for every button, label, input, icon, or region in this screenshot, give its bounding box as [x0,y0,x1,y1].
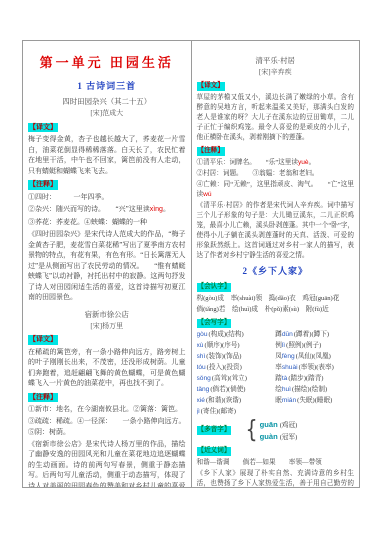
poem3-author: [宋]辛弃疾 [197,67,355,78]
xiezi-words: (寄住)(邮寄) [201,408,236,415]
words-to-recognize-label: 【会认字】 [197,283,232,292]
polyphone-label: 【多音字】 [197,426,232,435]
note-text: ②杂兴：随兴而写的诗。 “兴”这里读 [28,205,150,213]
xiezi-row: sǒng(高耸)(耸立)踏tà(踏步)(踏青) [197,374,355,384]
xiezi-pinyin: xù [197,342,204,349]
left-column: 第一单元 田园生活 1 古诗词三首 四时田园杂兴（其二十五） [宋]范成大 【译… [23,41,192,487]
xiezi-entry: tǎng(倘若)(倘使) [197,385,276,395]
lesson2-summary: 《乡下人家》展现了朴实自然、充满诗意的乡村生活，也赞扬了乡下人家热爱生活，善于用… [197,469,355,487]
note-pinyin: wú [203,191,211,198]
poem1-author: [宋]范成大 [28,108,186,119]
xiezi-words: (踏步)(踏青) [288,375,323,382]
poem1-note: ③荞花：荞麦花。④蛱蝶：蝴蝶的一种 [28,217,186,229]
xiezi-row: tǎng(倘若)(倘使)绘huì(描绘)(绘制) [197,385,355,395]
note-text: ①清平乐：词牌名。 “乐”这里读 [197,159,298,166]
xiezi-entry: gòu(构成)(结构) [197,330,276,340]
renzi-label-row: 【会认字】 [197,282,355,292]
jinyici-label-row: 【近义词】 [197,446,355,456]
poem1-translation: 梅子变得金黄，杏子也越长越大了，荞麦花一片雪白，油菜花倒显得稀稀落落。白天长了，… [28,134,186,176]
poem1-note: ①四时： 一年四季。 [28,192,186,204]
note-pinyin: xìng [150,206,163,213]
poem2-translation-label-row: 【译文】 [28,334,186,345]
xiezi-pinyin: fèng [282,353,295,360]
note-text: ④亡赖：同“无赖”，这里指顽皮、淘气。 “亡”这里读 [197,181,355,198]
synonyms-label: 【近义词】 [197,447,232,456]
note-pinyin: yuè [298,159,309,166]
xiezi-words: (构成)(结构) [209,331,244,338]
xiezi-pinyin: mián [282,397,296,404]
xiezi-entry: 绘huì(描绘)(绘制) [275,385,354,395]
xiezi-words: (投入)(投资) [207,364,242,371]
xiezi-row: xù(顺序)(序号)例lì(照例)(例子) [197,341,355,351]
xiezi-entry: 踏tà(踏步)(踏青) [275,374,354,384]
notes-label: 【注释】 [28,180,58,189]
xiezi-pinyin: shì [197,353,206,360]
xiezi-pinyin: jì [197,408,200,415]
xiezi-entry: 凤fèng(凤仙)(凤凰) [275,352,354,362]
polyphone-entry: guàn(冠军) [260,431,298,443]
poem3-translation-label-row: 【译文】 [197,81,355,91]
poem1-note: ②杂兴：随兴而写的诗。 “兴”这里读xìng。 [28,204,186,216]
page: { "unit": { "title": "第一单元 田园生活", "lesso… [0,0,382,540]
study-sheet: 第一单元 田园生活 1 古诗词三首 四时田园杂兴（其二十五） [宋]范成大 【译… [22,40,360,488]
xiezi-row: jì(寄住)(邮寄) [197,407,355,417]
note-text: ②村居：词题。 ③翁媪：老翁和老妇。 [197,170,319,177]
polyphone-pinyin: guān [260,420,278,429]
lesson2-title: 2《乡下人家》 [197,265,355,279]
xiezi-words: (和谐)(诙谐) [206,397,241,404]
poem3-notes-label-row: 【注释】 [197,146,355,156]
xiezi-row: xié(和谐)(诙谐)眠mián(失眠)(睡眠) [197,396,355,406]
xiezi-entry: 例lì(照例)(例子) [275,341,354,351]
xiezi-entry [275,407,354,417]
note-text: ①新市：地名，在今湖南攸县北。②篱落：篱笆。 [28,405,182,413]
polyphone-entry: guān(鸡冠) [260,419,298,431]
xiezi-pinyin: tóu [197,364,206,371]
poem2-note: ③疏疏：稀疏。④一径深： 一条小路伸向远方。 [28,416,186,427]
polyphone-word: (冠军) [280,434,298,441]
xiezi-pinyin: lì [282,342,285,349]
xiezi-entry: 蹲dūn(蹲着)(蹲下) [275,330,354,340]
xiezi-entry: shì(装饰)(饰品) [197,352,276,362]
xiezi-row: gòu(构成)(结构)蹲dūn(蹲着)(蹲下) [197,330,355,340]
note-text: 。 [309,159,316,166]
xiezi-pinyin: gòu [197,331,208,338]
duoyinzi-row: 【多音字】 { guān(鸡冠) guàn(冠军) [197,419,355,443]
poem2-analysis: 《宿新市徐公店》是宋代诗人杨万里的作品，描绘了幽静安逸的田园风光和儿童在菜花地边… [28,439,186,487]
poem1-title: 四时田园杂兴（其二十五） [28,96,186,107]
xiezi-words: (描绘)(绘制) [292,386,327,393]
xiezi-character: 例 [275,342,282,349]
polyphone-entries: guān(鸡冠) guàn(冠军) [260,419,298,443]
renzi-line: 倘(tǎng)若 绘(huì)成 朴(pǔ)素(sù) 附(fù)近 [197,305,355,315]
xiezi-character: 凤 [275,353,282,360]
xiezi-entry: sǒng(高耸)(耸立) [197,374,276,384]
xiezi-pinyin: huì [282,386,291,393]
poem1-notes-label-row: 【注释】 [28,179,186,190]
poem3-note: ①清平乐：词牌名。 “乐”这里读yuè。 [197,158,355,168]
xiezi-words: (装饰)(饰品) [206,353,241,360]
poem1-analysis: 《四时田园杂兴》是宋代诗人范成大的作品，“梅子金黄杏子肥，麦花雪白菜花稀”写出了… [28,229,186,303]
xiezi-character: 踏 [275,375,282,382]
translation-label: 【译文】 [197,82,225,91]
unit-title: 第一单元 田园生活 [28,53,186,73]
xiezi-character: 蹲 [275,331,282,338]
xiezi-row: tóu(投入)(投资)率shuài(率领)(表率) [197,363,355,373]
xiezi-words: (高耸)(耸立) [212,375,247,382]
xiezi-label-row: 【会写字】 [197,318,355,328]
xiezi-character: 绘 [275,386,282,393]
xiezi-entry: tóu(投入)(投资) [197,363,276,373]
brace-glyph: { [245,419,257,443]
notes-label: 【注释】 [28,393,58,402]
words-to-write-label: 【会写字】 [197,319,232,328]
xiezi-entry: 眠mián(失眠)(睡眠) [275,396,354,406]
xiezi-pinyin: tǎng [197,386,210,393]
note-text: ③荞花：荞麦花。④蛱蝶：蝴蝶的一种 [28,218,147,226]
xiezi-pinyin: sǒng [197,375,211,382]
xiezi-pinyin: shuài [282,364,298,371]
poem2-translation: 在稀疏的篱笆旁，有一条小路伸向远方，路旁树上的叶子刚刚长出来，不茂密，还没形成树… [28,347,186,389]
renzi-line: 构(gòu)成 率(shuài)领 捣(dǎo)衣 鸡冠(guān)花 [197,294,355,304]
note-text: 。 [163,205,170,213]
xiezi-entry: xié(和谐)(诙谐) [197,396,276,406]
note-text: ③疏疏：稀疏。④一径深： 一条小路伸向远方。 [28,417,186,425]
note-text: ⑤阴：树荫。 [28,428,70,436]
poem3-translation: 草屋的茅檐又低又小，溪边长满了嫩绿的小草。含有醉意的吴地方言，听起来温柔又美好，… [197,93,355,143]
poem1-translation-label-row: 【译文】 [28,122,186,133]
poem2-note: ⑤阴：树荫。 [28,427,186,438]
xiezi-words: (照例)(例子) [286,342,321,349]
xiezi-words: (倘若)(倘使) [210,386,245,393]
polyphone-pinyin: guàn [260,432,278,441]
poem3-analysis: 《清平乐·村居》的作者是宋代词人辛弃疾。词中描写三个儿子形象的句子是：大儿锄豆溪… [197,201,355,261]
xiezi-pinyin: xié [197,397,205,404]
xiezi-pinyin: tà [282,375,288,382]
translation-label: 【译文】 [28,123,58,132]
xiezi-character: 率 [275,364,282,371]
xiezi-row: shì(装饰)(饰品)凤fèng(凤仙)(凤凰) [197,352,355,362]
xiezi-words: (顺序)(序号) [204,342,239,349]
polyphone-word: (鸡冠) [280,422,298,429]
lesson1-title: 1 古诗词三首 [28,80,186,94]
xiezi-entry: jì(寄住)(邮寄) [197,407,276,417]
poem2-author: [宋]杨万里 [28,321,186,332]
synonyms-line: 和谐—谐调 倘若—如果 率领—带领 [197,458,355,468]
xiezi-pinyin: dūn [282,331,293,338]
xiezi-entry: xù(顺序)(序号) [197,341,276,351]
xiezi-words: (失眠)(睡眠) [297,397,332,404]
xiezi-character: 眠 [275,397,282,404]
right-column: 清平乐·村居 [宋]辛弃疾 【译文】 草屋的茅檐又低又小，溪边长满了嫩绿的小草。… [192,41,360,487]
poem3-title: 清平乐·村居 [197,55,355,66]
xiezi-words: (率领)(表率) [299,364,334,371]
note-text: ①四时： 一年四季。 [28,193,109,201]
poem2-notes-label-row: 【注释】 [28,392,186,403]
poem3-note: ④亡赖：同“无赖”，这里指顽皮、淘气。 “亡”这里读wú [197,180,355,200]
poem2-note: ①新市：地名，在今湖南攸县北。②篱落：篱笆。 [28,404,186,415]
translation-label: 【译文】 [28,335,58,344]
xiezi-entry: 率shuài(率领)(表率) [275,363,354,373]
notes-label: 【注释】 [197,147,225,156]
xiezi-words: (凤仙)(凤凰) [296,353,331,360]
xiezi-words: (蹲着)(蹲下) [294,331,329,338]
poem3-note: ②村居：词题。 ③翁媪：老翁和老妇。 [197,169,355,179]
xiezi-list: gòu(构成)(结构)蹲dūn(蹲着)(蹲下)xù(顺序)(序号)例lì(照例)… [197,330,355,417]
poem2-title: 宿新市徐公店 [28,309,186,320]
